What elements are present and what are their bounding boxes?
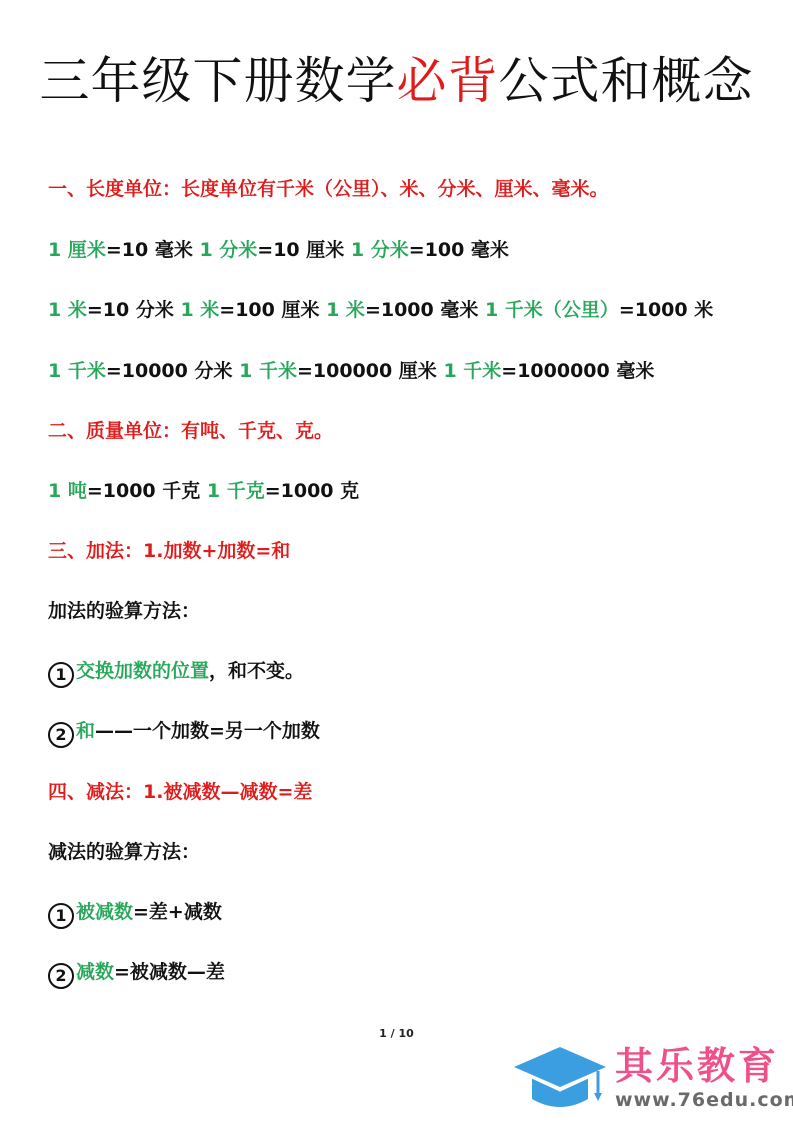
unit-term: 1 千米（公里） — [485, 299, 619, 321]
unit-term: 1 米 — [48, 299, 87, 321]
unit-term: 1 米 — [326, 299, 365, 321]
circled-number-icon: 2 — [48, 963, 74, 989]
unit-value: =10 厘米 — [257, 239, 351, 261]
mass-conversion-line: 1 吨=1000 千克 1 千克=1000 克 — [48, 477, 359, 505]
brand-logo: 其乐教育 www.76edu.com — [512, 1043, 787, 1115]
circled-number-icon: 2 — [48, 722, 74, 748]
addition-check-item-1: 1交换加数的位置，和不变。 — [48, 657, 304, 688]
unit-term: 1 千米 — [239, 360, 297, 382]
unit-value: =100 毫米 — [409, 239, 509, 261]
unit-term: 1 千克 — [207, 480, 265, 502]
unit-value: =10 分米 — [87, 299, 181, 321]
unit-value: =100 厘米 — [219, 299, 326, 321]
unit-value: =1000 千克 — [87, 480, 207, 502]
unit-value: =10 毫米 — [106, 239, 200, 261]
subtraction-check-label: 减法的验算方法： — [48, 838, 200, 866]
title-part2: 公式和概念 — [499, 52, 754, 110]
item-text: ——一个加数=另一个加数 — [95, 720, 320, 742]
brand-url: www.76edu.com — [615, 1089, 793, 1111]
page-number: 1 / 10 — [0, 1027, 793, 1040]
circled-number-icon: 1 — [48, 662, 74, 688]
item-text: =被减数—差 — [114, 961, 225, 983]
item-text: ，和不变。 — [209, 660, 304, 682]
circled-number-icon: 1 — [48, 903, 74, 929]
title-part1: 三年级下册数学 — [40, 52, 397, 110]
unit-term: 1 千米 — [48, 360, 106, 382]
unit-value: =100000 厘米 — [297, 360, 443, 382]
title-highlight: 必背 — [397, 52, 499, 110]
subtraction-check-item-2: 2减数=被减数—差 — [48, 958, 225, 989]
unit-value: =1000 毫米 — [365, 299, 485, 321]
section-heading-length: 一、长度单位：长度单位有千米（公里）、米、分米、厘米、毫米。 — [48, 175, 609, 203]
section-heading-subtraction: 四、减法：1.被减数—减数=差 — [48, 778, 312, 806]
unit-term: 1 千米 — [443, 360, 501, 382]
length-conversion-line-1: 1 厘米=10 毫米 1 分米=10 厘米 1 分米=100 毫米 — [48, 236, 509, 264]
graduation-cap-icon — [512, 1045, 608, 1113]
unit-term: 1 厘米 — [48, 239, 106, 261]
section-heading-addition: 三、加法：1.加数+加数=和 — [48, 537, 290, 565]
subtraction-check-item-1: 1被减数=差+减数 — [48, 898, 222, 929]
key-term: 被减数 — [76, 901, 133, 923]
unit-term: 1 分米 — [199, 239, 257, 261]
key-term: 交换加数的位置 — [76, 660, 209, 682]
unit-term: 1 吨 — [48, 480, 87, 502]
unit-value: =1000 克 — [265, 480, 359, 502]
length-conversion-line-3: 1 千米=10000 分米 1 千米=100000 厘米 1 千米=100000… — [48, 357, 654, 385]
section-heading-mass: 二、质量单位：有吨、千克、克。 — [48, 417, 333, 445]
key-term: 和 — [76, 720, 95, 742]
brand-name: 其乐教育 — [615, 1043, 779, 1089]
unit-term: 1 分米 — [351, 239, 409, 261]
unit-value: =1000000 毫米 — [501, 360, 654, 382]
addition-check-label: 加法的验算方法： — [48, 597, 200, 625]
length-conversion-line-2: 1 米=10 分米 1 米=100 厘米 1 米=1000 毫米 1 千米（公里… — [48, 296, 713, 324]
unit-term: 1 米 — [180, 299, 219, 321]
unit-value: =10000 分米 — [106, 360, 239, 382]
key-term: 减数 — [76, 961, 114, 983]
unit-value: =1000 米 — [619, 299, 713, 321]
page-title: 三年级下册数学必背公式和概念 — [0, 46, 793, 116]
item-text: =差+减数 — [133, 901, 222, 923]
addition-check-item-2: 2和——一个加数=另一个加数 — [48, 717, 320, 748]
